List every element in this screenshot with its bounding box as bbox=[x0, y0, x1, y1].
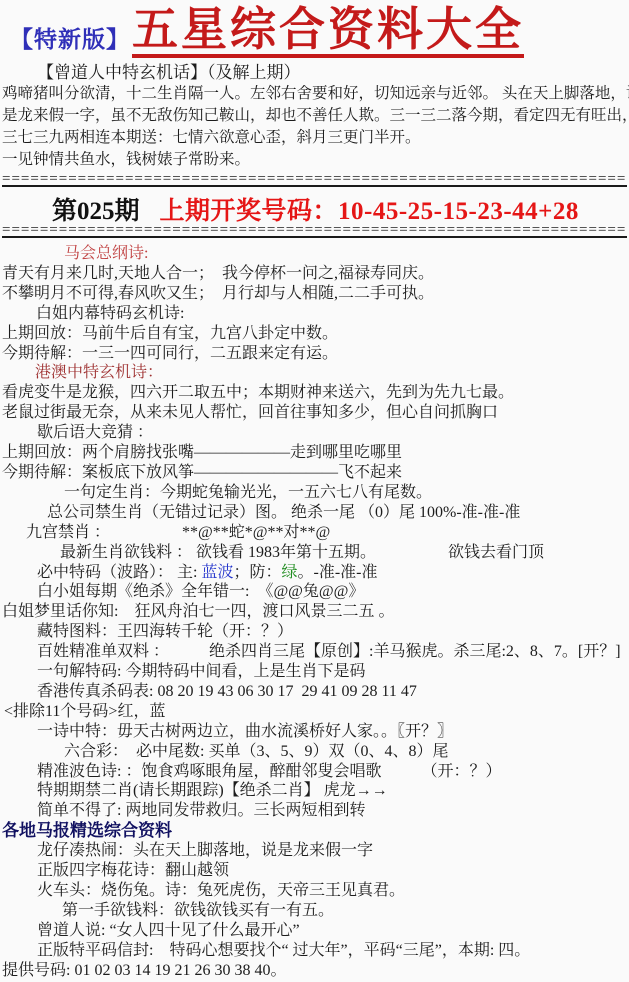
text-segment: 最新生肖欲钱料 ： 欲钱看 1983年第十五期。 欲钱去看门顶 bbox=[60, 544, 544, 561]
text-line: 简单不得了: 两地同发带救归。三长两短相到转 bbox=[2, 801, 627, 821]
text-segment: 火车头：烧伤兔。诗：兔死虎伤，天帝三王见真君。 bbox=[37, 882, 405, 899]
text-segment: 上期回放：两个肩膀找张嘴——————走到哪里吃哪里 bbox=[2, 444, 402, 461]
text-line: 第一手欲钱料：欲钱欲钱买有一有五。 bbox=[2, 901, 627, 921]
text-segment: 提供号码: 01 02 03 14 19 21 26 30 38 40。 bbox=[2, 962, 286, 979]
text-segment: 老鼠过街最无奈，从来未见人帮忙，回首往事知多少，但心自问抓胸口 bbox=[2, 404, 498, 421]
text-line: 正版特平码信封: 特码心想要找个“ 过大年”，平码“三尾”，本期: 四。 bbox=[2, 941, 627, 961]
text-line: 九宫禁肖 ： **@**蛇*@**对**@ bbox=[2, 523, 627, 543]
text-line: 上期回放：两个肩膀找张嘴——————走到哪里吃哪里 bbox=[2, 443, 627, 463]
text-line: 精准波色诗: ：饱食鸡啄眼角屋，醉酣邻叟会唱歌 （开：？） bbox=[2, 762, 627, 782]
text-line: 看虎变牛是龙猴，四六开二取五中；本期财神来送六，先到为先九七最。 bbox=[2, 383, 627, 403]
text-line: 火车头：烧伤兔。诗：兔死虎伤，天帝三王见真君。 bbox=[2, 881, 627, 901]
text-line: 一句解特码: 今期特码中间看，上是生肖下是码 bbox=[2, 662, 627, 682]
text-line: 老鼠过街最无奈，从来未见人帮忙，回首往事知多少，但心自问抓胸口 bbox=[2, 403, 627, 423]
text-segment: 一句定生肖：今期蛇兔输光光，一五六七八有尾数。 bbox=[64, 484, 432, 501]
last-draw-label: 上期开奖号码： bbox=[160, 198, 339, 225]
text-line: 上期回放：马前牛后自有宝，九宫八卦定中数。 bbox=[2, 324, 627, 344]
text-segment: 精准波色诗: ：饱食鸡啄眼角屋，醉酣邻叟会唱歌 （开：？） bbox=[37, 763, 501, 780]
text-segment: 歇后语大竞猜 ： bbox=[37, 424, 153, 441]
text-line: 正版四字梅花诗：翻山越领 bbox=[2, 861, 627, 881]
separator-line-top: ========================================… bbox=[2, 174, 627, 187]
text-segment: 一见钟情共鱼水，钱树婊子常盼来。 bbox=[2, 151, 250, 168]
text-line: <排除11个号码>红，蓝 bbox=[2, 702, 627, 722]
text-line: 马会总纲诗: bbox=[2, 244, 627, 264]
text-line: 龙仔凑热闹：头在天上脚落地，说是龙来假一字 bbox=[2, 841, 627, 861]
separator-glyphs: ========================================… bbox=[2, 225, 627, 238]
text-line: 三七三九两相连本期送：七情六欲意心歪，斜月三更门半开。 bbox=[2, 127, 627, 149]
text-segment: 港澳中特玄机诗： bbox=[35, 364, 163, 381]
text-segment: 曾道人说: “女人四十见了什么最开心” bbox=[37, 922, 300, 939]
text-line: 各地马报精选综合资料 bbox=[2, 821, 627, 841]
text-line: 必中特码（波路）： 主: 蓝波；防：绿。-准-准-准 bbox=[2, 563, 627, 583]
text-segment: 各地马报精选综合资料 bbox=[2, 821, 172, 840]
colored-text-segment: 蓝波 bbox=[201, 564, 233, 581]
text-segment: 九宫禁肖 ： **@**蛇*@**对**@ bbox=[26, 524, 330, 541]
text-line: 不攀明月不可得,春风吹又生； 月行却与人相随,二二手可执。 bbox=[2, 284, 627, 304]
text-line: 最新生肖欲钱料 ： 欲钱看 1983年第十五期。 欲钱去看门顶 bbox=[2, 543, 627, 563]
text-segment: 龙仔凑热闹：头在天上脚落地，说是龙来假一字 bbox=[37, 842, 373, 859]
text-segment: 百姓精准单双料 ： 绝杀四肖三尾【原创】:羊马猴虎。杀三尾:2、8、7。[开？] bbox=[37, 643, 621, 660]
text-line: 鸡啼猪叫分欲清，十二生肖隔一人。左邻右舍要和好，切知远亲与近邻。 头在天上脚落地… bbox=[2, 83, 627, 105]
text-line: 今期待解：一三一四可同行，二五跟来定有运。 bbox=[2, 344, 627, 364]
text-line: 特期期禁二肖(请长期跟踪)【绝杀二肖】 虎龙→→ bbox=[2, 781, 627, 801]
text-segment: 总公司禁生肖（无错过记录）图。 绝杀一尾 （0）尾 100%-准-准-准 bbox=[47, 504, 520, 521]
text-line: 提供号码: 01 02 03 14 19 21 26 30 38 40。 bbox=[2, 961, 627, 981]
text-segment: 马会总纲诗: bbox=[64, 245, 148, 262]
text-line: 港澳中特玄机诗： bbox=[2, 363, 627, 383]
text-line: 白小姐每期《绝杀》全年错一: 《@@兔@@》 bbox=[2, 582, 627, 602]
text-line: 青天有月来几时,天地人合一； 我今停杯一问之,福禄寿同庆。 bbox=[2, 264, 627, 284]
text-segment: 简单不得了: 两地同发带救归。三长两短相到转 bbox=[37, 802, 365, 819]
header-subtitle: 【曾道人中特玄机话】（及解上期） bbox=[2, 63, 627, 83]
intro-paragraph: 鸡啼猪叫分欲清，十二生肖隔一人。左邻右舍要和好，切知远亲与近邻。 头在天上脚落地… bbox=[2, 83, 627, 171]
issue-number: 第025期 bbox=[52, 198, 140, 225]
text-segment: 香港传真杀码表: 08 20 19 43 06 30 17 29 41 09 2… bbox=[37, 683, 417, 700]
edition-tag: 【特新版】 bbox=[10, 21, 130, 58]
text-segment: 白姐梦里话你知: 狂风舟泊七一四，渡口风景三二五 。 bbox=[2, 603, 394, 620]
text-segment: 一诗中特：毋天古树两边立，曲水流溪桥好人家。。〖开？〗 bbox=[37, 723, 453, 740]
last-draw: 上期开奖号码：10-45-25-15-23-44+28 bbox=[160, 198, 579, 225]
text-segment: 藏特图料：王四海转千轮（开：？） bbox=[37, 623, 293, 640]
text-line: 是龙来假一字，虽不无敌伤知己鞍山，却也不善任人欺。三一三二落今期，看定四无有旺出… bbox=[2, 105, 627, 127]
body-content: 马会总纲诗:青天有月来几时,天地人合一； 我今停杯一问之,福禄寿同庆。不攀明月不… bbox=[2, 244, 627, 981]
text-segment: 六合彩： 必中尾数: 买单（3、5、9）双（0、4、8）尾 bbox=[64, 743, 448, 760]
text-segment: 今期待解：一三一四可同行，二五跟来定有运。 bbox=[2, 345, 338, 362]
text-segment: 鸡啼猪叫分欲清，十二生肖隔一人。左邻右舍要和好，切知远亲与近邻。 头在天上脚落地… bbox=[2, 85, 629, 102]
text-segment: 是龙来假一字，虽不无敌伤知己鞍山，却也不善任人欺。三一三二落今期，看定四无有旺出… bbox=[2, 107, 629, 124]
text-line: 一句定生肖：今期蛇兔输光光，一五六七八有尾数。 bbox=[2, 483, 627, 503]
text-segment: ；防： bbox=[233, 564, 281, 581]
text-segment: 今期待解：案板底下放风筝—————————飞不起来 bbox=[2, 464, 402, 481]
text-segment: 白姐内幕特码玄机诗: bbox=[36, 305, 184, 322]
last-draw-numbers: 10-45-25-15-23-44+28 bbox=[338, 198, 579, 225]
text-line: 曾道人说: “女人四十见了什么最开心” bbox=[2, 921, 627, 941]
text-line: 白姐梦里话你知: 狂风舟泊七一四，渡口风景三二五 。 bbox=[2, 602, 627, 622]
text-segment: 正版特平码信封: 特码心想要找个“ 过大年”，平码“三尾”，本期: 四。 bbox=[37, 942, 530, 959]
text-segment: 看虎变牛是龙猴，四六开二取五中；本期财神来送六，先到为先九七最。 bbox=[2, 384, 514, 401]
text-segment: 一句解特码: 今期特码中间看，上是生肖下是码 bbox=[37, 663, 365, 680]
text-segment: 青天有月来几时,天地人合一； 我今停杯一问之,福禄寿同庆。 bbox=[2, 265, 434, 282]
text-segment: 第一手欲钱料：欲钱欲钱买有一有五。 bbox=[62, 902, 334, 919]
text-segment: <排除11个号码>红，蓝 bbox=[4, 703, 165, 720]
text-segment: 正版四字梅花诗：翻山越领 bbox=[37, 862, 229, 879]
text-segment: 必中特码（波路）： 主: bbox=[37, 564, 201, 581]
page: 【特新版】 五星综合资料大全 【曾道人中特玄机话】（及解上期） 鸡啼猪叫分欲清，… bbox=[0, 0, 629, 982]
text-segment: 白小姐每期《绝杀》全年错一: 《@@兔@@》 bbox=[37, 583, 364, 600]
text-segment: 不攀明月不可得,春风吹又生； 月行却与人相随,二二手可执。 bbox=[2, 285, 434, 302]
text-segment: 特期期禁二肖(请长期跟踪)【绝杀二肖】 虎龙→→ bbox=[37, 782, 388, 799]
text-line: 香港传真杀码表: 08 20 19 43 06 30 17 29 41 09 2… bbox=[2, 682, 627, 702]
page-title: 五星综合资料大全 bbox=[132, 7, 524, 58]
page-header: 【特新版】 五星综合资料大全 bbox=[2, 6, 627, 58]
separator-line-bottom: ========================================… bbox=[2, 225, 627, 238]
separator-glyphs: ========================================… bbox=[2, 174, 627, 187]
text-line: 一诗中特：毋天古树两边立，曲水流溪桥好人家。。〖开？〗 bbox=[2, 722, 627, 742]
text-line: 百姓精准单双料 ： 绝杀四肖三尾【原创】:羊马猴虎。杀三尾:2、8、7。[开？] bbox=[2, 642, 627, 662]
text-segment: 。-准-准-准 bbox=[298, 564, 378, 581]
text-line: 藏特图料：王四海转千轮（开：？） bbox=[2, 622, 627, 642]
text-segment: 上期回放：马前牛后自有宝，九宫八卦定中数。 bbox=[2, 325, 338, 342]
text-line: 一见钟情共鱼水，钱树婊子常盼来。 bbox=[2, 149, 627, 171]
text-line: 今期待解：案板底下放风筝—————————飞不起来 bbox=[2, 463, 627, 483]
text-segment: 三七三九两相连本期送：七情六欲意心歪，斜月三更门半开。 bbox=[2, 129, 421, 146]
text-line: 歇后语大竞猜 ： bbox=[2, 423, 627, 443]
text-line: 白姐内幕特码玄机诗: bbox=[2, 304, 627, 324]
colored-text-segment: 绿 bbox=[281, 564, 297, 581]
text-line: 总公司禁生肖（无错过记录）图。 绝杀一尾 （0）尾 100%-准-准-准 bbox=[2, 503, 627, 523]
issue-row: 第025期上期开奖号码：10-45-25-15-23-44+28 bbox=[2, 188, 627, 222]
text-line: 六合彩： 必中尾数: 买单（3、5、9）双（0、4、8）尾 bbox=[2, 742, 627, 762]
